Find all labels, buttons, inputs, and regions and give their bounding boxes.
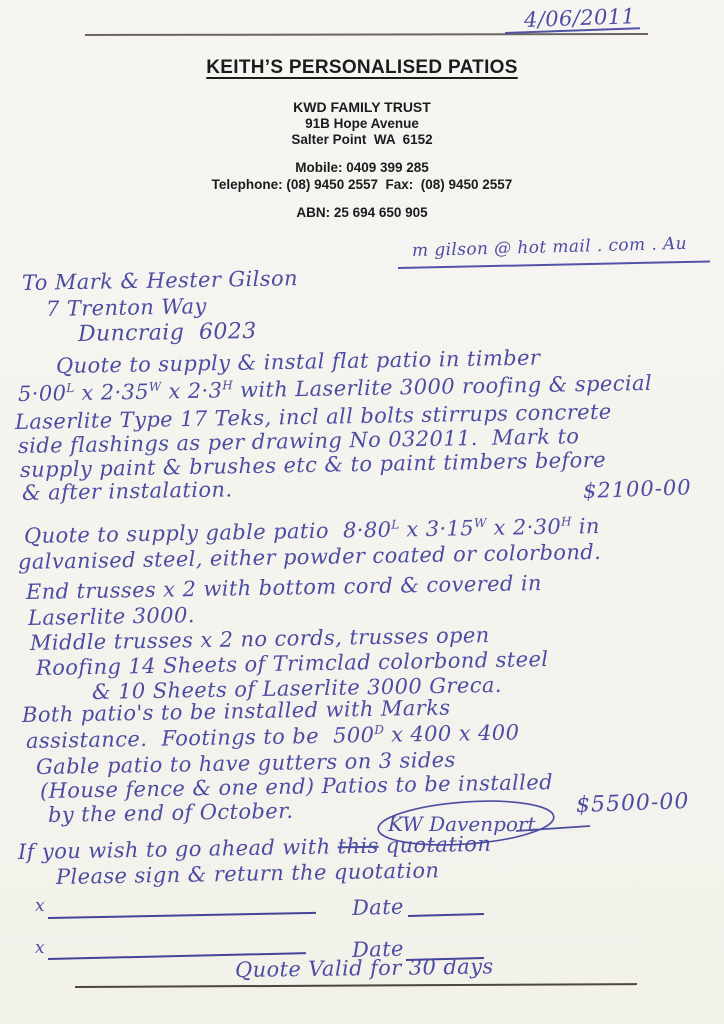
superscript-D: D: [374, 723, 384, 737]
sign-x-mark-2: x: [35, 938, 45, 958]
handwritten-email: m gilson @ hot mail . com . Au: [412, 234, 688, 261]
telephone-fax: Telephone: (08) 9450 2557 Fax: (08) 9450…: [0, 177, 724, 192]
quote-validity: Quote Valid for 30 days: [235, 954, 494, 982]
abn-number: ABN: 25 694 650 905: [0, 205, 724, 220]
struck-word: this: [337, 834, 378, 859]
top-horizontal-rule: [85, 33, 648, 36]
recipient-street: 7 Trenton Way: [46, 294, 207, 321]
date-blank-line-1: [408, 913, 484, 917]
quote2-line3: End trusses x 2 with bottom cord & cover…: [26, 571, 542, 604]
date-label-1: Date: [352, 895, 404, 920]
address-line-1: 91B Hope Avenue: [0, 116, 724, 131]
mobile-number: Mobile: 0409 399 285: [0, 160, 724, 175]
recipient-suburb: Duncraig 6023: [78, 319, 257, 347]
scanned-quote-document: 4/06/2011 KEITH’S PERSONALISED PATIOS KW…: [0, 0, 724, 1024]
superscript-H: H: [222, 378, 233, 392]
email-underline: [398, 260, 710, 269]
superscript-W: W: [149, 379, 162, 393]
quote1-price: $2100-00: [583, 475, 692, 503]
signature-blank-line-1: [48, 912, 316, 919]
superscript-H: H: [561, 514, 572, 528]
address-line-2: Salter Point WA 6152: [0, 132, 724, 147]
closing-line2: Please sign & return the quotation: [56, 858, 440, 889]
trust-name: KWD FAMILY TRUST: [0, 99, 724, 115]
terms-line5: by the end of October.: [48, 799, 294, 827]
quote1-line1: Quote to supply & instal flat patio in t…: [56, 346, 541, 378]
recipient-name: To Mark & Hester Gilson: [22, 266, 298, 295]
company-title: KEITH’S PERSONALISED PATIOS: [0, 57, 724, 79]
handwritten-date: 4/06/2011: [524, 4, 636, 32]
bottom-horizontal-rule: [75, 983, 637, 988]
quote2-line4: Laserlite 3000.: [28, 603, 195, 630]
superscript-W: W: [474, 516, 487, 530]
sign-x-mark-1: x: [35, 896, 45, 916]
quote1-line6: & after instalation.: [22, 477, 233, 505]
